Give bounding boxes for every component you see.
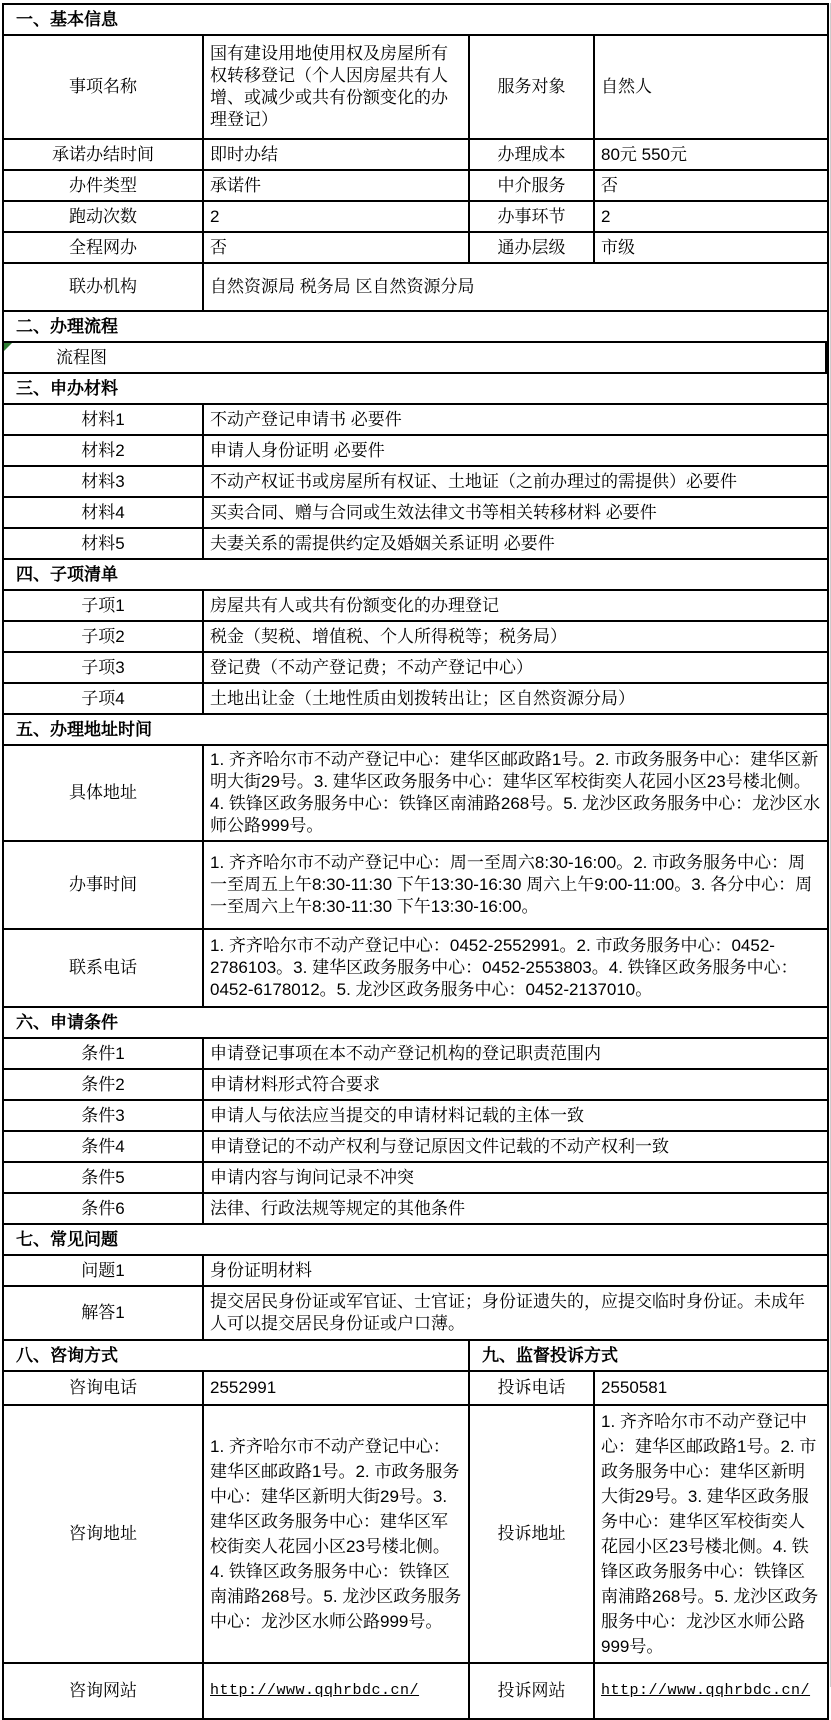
field-label: 条件3	[4, 1101, 204, 1130]
field-label: 投诉网站	[470, 1664, 595, 1718]
field-value: 不动产权证书或房屋所有权证、土地证（之前办理过的需提供）必要件	[204, 467, 827, 496]
field-label: 材料3	[4, 467, 204, 496]
section-header-row: 二、办理流程	[4, 312, 827, 343]
section-title: 一、基本信息	[4, 5, 827, 34]
field-value: 1. 齐齐哈尔市不动产登记中心：建华区邮政路1号。2. 市政务服务中心：建华区新…	[204, 746, 827, 840]
field-value: 身份证明材料	[204, 1256, 827, 1285]
table-row: 子项1房屋共有人或共有份额变化的办理登记	[4, 591, 827, 622]
table-row: 条件6法律、行政法规等规定的其他条件	[4, 1194, 827, 1225]
field-value: 自然人	[595, 36, 827, 138]
field-label: 咨询网站	[4, 1664, 204, 1718]
table-row: 流程图	[4, 343, 827, 374]
table-row: 材料4买卖合同、赠与合同或生效法律文书等相关转移材料 必要件	[4, 498, 827, 529]
field-value: 夫妻关系的需提供约定及婚姻关系证明 必要件	[204, 529, 827, 558]
section-title: 五、办理地址时间	[4, 715, 827, 744]
field-label: 办件类型	[4, 171, 204, 200]
field-value: 2	[204, 202, 470, 231]
section-header-row: 六、申请条件	[4, 1008, 827, 1039]
field-label: 条件1	[4, 1039, 204, 1068]
table-row: 具体地址1. 齐齐哈尔市不动产登记中心：建华区邮政路1号。2. 市政务服务中心：…	[4, 746, 827, 842]
field-value: http://www.qqhrbdc.cn/	[204, 1664, 470, 1718]
table-row: 条件3申请人与依法应当提交的申请材料记载的主体一致	[4, 1101, 827, 1132]
field-value: 买卖合同、赠与合同或生效法律文书等相关转移材料 必要件	[204, 498, 827, 527]
field-label: 办事时间	[4, 842, 204, 928]
flowchart-cell: 流程图	[4, 343, 827, 372]
table-row: 事项名称国有建设用地使用权及房屋所有权转移登记（个人因房屋共有人增、或减少或共有…	[4, 36, 827, 140]
table-row: 材料3不动产权证书或房屋所有权证、土地证（之前办理过的需提供）必要件	[4, 467, 827, 498]
field-value: 否	[204, 233, 470, 262]
field-value: 2550581	[595, 1372, 827, 1404]
field-value: 不动产登记申请书 必要件	[204, 405, 827, 434]
table-row: 解答1提交居民身份证或军官证、士官证；身份证遗失的，应提交临时身份证。未成年人可…	[4, 1287, 827, 1341]
field-label: 条件2	[4, 1070, 204, 1099]
field-label: 事项名称	[4, 36, 204, 138]
field-value: 1. 齐齐哈尔市不动产登记中心：0452-2552991。2. 市政务服务中心：…	[204, 930, 827, 1006]
table-row: 子项4土地出让金（土地性质由划拨转出让；区自然资源分局）	[4, 684, 827, 715]
section-title: 四、子项清单	[4, 560, 827, 589]
field-label: 材料2	[4, 436, 204, 465]
field-value: 税金（契税、增值税、个人所得税等；税务局）	[204, 622, 827, 651]
field-label: 通办层级	[470, 233, 595, 262]
field-label: 联办机构	[4, 264, 204, 310]
table-row: 全程网办否通办层级市级	[4, 233, 827, 264]
field-value: 承诺件	[204, 171, 470, 200]
field-value: 申请材料形式符合要求	[204, 1070, 827, 1099]
table-row: 条件4申请登记的不动产权利与登记原因文件记载的不动产权利一致	[4, 1132, 827, 1163]
field-label: 问题1	[4, 1256, 204, 1285]
field-label: 投诉地址	[470, 1406, 595, 1662]
field-value: 房屋共有人或共有份额变化的办理登记	[204, 591, 827, 620]
field-label: 材料5	[4, 529, 204, 558]
field-label: 条件6	[4, 1194, 204, 1223]
field-value: 2552991	[204, 1372, 470, 1404]
field-label: 服务对象	[470, 36, 595, 138]
table-row: 条件1申请登记事项在本不动产登记机构的登记职责范围内	[4, 1039, 827, 1070]
field-value: 80元 550元	[595, 140, 827, 169]
spreadsheet-page: { "colors": { "border": "#000000", "back…	[0, 3, 831, 1693]
field-label: 咨询地址	[4, 1406, 204, 1662]
table-row: 材料1不动产登记申请书 必要件	[4, 405, 827, 436]
table-row: 承诺办结时间即时办结办理成本80元 550元	[4, 140, 827, 171]
field-value: 1. 齐齐哈尔市不动产登记中心：建华区邮政路1号。2. 市政务服务中心：建华区新…	[204, 1406, 470, 1662]
field-label: 子项3	[4, 653, 204, 682]
field-value: http://www.qqhrbdc.cn/	[595, 1664, 827, 1718]
table-row: 联系电话1. 齐齐哈尔市不动产登记中心：0452-2552991。2. 市政务服…	[4, 930, 827, 1008]
field-label: 全程网办	[4, 233, 204, 262]
section-header-row: 三、申办材料	[4, 374, 827, 405]
field-label: 条件5	[4, 1163, 204, 1192]
field-label: 解答1	[4, 1287, 204, 1339]
table-row: 材料2申请人身份证明 必要件	[4, 436, 827, 467]
consult-website-link[interactable]: http://www.qqhrbdc.cn/	[210, 1680, 419, 1702]
field-value: 提交居民身份证或军官证、士官证；身份证遗失的，应提交临时身份证。未成年人可以提交…	[204, 1287, 827, 1339]
field-label: 承诺办结时间	[4, 140, 204, 169]
section-header-row: 七、常见问题	[4, 1225, 827, 1256]
field-label: 办理成本	[470, 140, 595, 169]
field-value: 法律、行政法规等规定的其他条件	[204, 1194, 827, 1223]
table-row: 问题1身份证明材料	[4, 1256, 827, 1287]
field-label: 咨询电话	[4, 1372, 204, 1404]
complaint-website-link[interactable]: http://www.qqhrbdc.cn/	[601, 1680, 810, 1702]
field-value: 1. 齐齐哈尔市不动产登记中心：建华区邮政路1号。2. 市政务服务中心：建华区新…	[595, 1406, 827, 1662]
field-value: 申请人身份证明 必要件	[204, 436, 827, 465]
section-header-row: 五、办理地址时间	[4, 715, 827, 746]
field-value: 申请内容与询问记录不冲突	[204, 1163, 827, 1192]
field-label: 联系电话	[4, 930, 204, 1006]
field-value: 登记费（不动产登记费；不动产登记中心）	[204, 653, 827, 682]
field-label: 投诉电话	[470, 1372, 595, 1404]
table-row: 条件2申请材料形式符合要求	[4, 1070, 827, 1101]
table-row: 跑动次数2办事环节2	[4, 202, 827, 233]
field-label: 跑动次数	[4, 202, 204, 231]
section-title: 七、常见问题	[4, 1225, 827, 1254]
table-row: 八、咨询方式九、监督投诉方式	[4, 1341, 827, 1372]
table-row: 咨询电话2552991投诉电话2550581	[4, 1372, 827, 1406]
table-row: 子项3登记费（不动产登记费；不动产登记中心）	[4, 653, 827, 684]
table-row: 条件5申请内容与询问记录不冲突	[4, 1163, 827, 1194]
table-row: 咨询地址1. 齐齐哈尔市不动产登记中心：建华区邮政路1号。2. 市政务服务中心：…	[4, 1406, 827, 1664]
section-title: 三、申办材料	[4, 374, 827, 403]
field-value: 国有建设用地使用权及房屋所有权转移登记（个人因房屋共有人增、或减少或共有份额变化…	[204, 36, 470, 138]
field-value: 申请人与依法应当提交的申请材料记载的主体一致	[204, 1101, 827, 1130]
table-row: 联办机构自然资源局 税务局 区自然资源分局	[4, 264, 827, 312]
field-value: 1. 齐齐哈尔市不动产登记中心：周一至周六8:30-16:00。2. 市政务服务…	[204, 842, 827, 928]
field-value: 否	[595, 171, 827, 200]
comment-marker-icon	[4, 343, 12, 351]
field-label: 子项4	[4, 684, 204, 713]
field-label: 子项1	[4, 591, 204, 620]
section-title: 六、申请条件	[4, 1008, 827, 1037]
field-label: 中介服务	[470, 171, 595, 200]
field-label: 材料4	[4, 498, 204, 527]
field-value: 即时办结	[204, 140, 470, 169]
field-value: 土地出让金（土地性质由划拨转出让；区自然资源分局）	[204, 684, 827, 713]
field-value: 2	[595, 202, 827, 231]
service-info-table: 一、基本信息事项名称国有建设用地使用权及房屋所有权转移登记（个人因房屋共有人增、…	[2, 3, 829, 1720]
field-value: 市级	[595, 233, 827, 262]
section-title: 九、监督投诉方式	[470, 1341, 827, 1370]
section-title: 二、办理流程	[4, 312, 827, 341]
field-value: 申请登记的不动产权利与登记原因文件记载的不动产权利一致	[204, 1132, 827, 1161]
field-label: 子项2	[4, 622, 204, 651]
table-row: 办事时间1. 齐齐哈尔市不动产登记中心：周一至周六8:30-16:00。2. 市…	[4, 842, 827, 930]
table-row: 子项2税金（契税、增值税、个人所得税等；税务局）	[4, 622, 827, 653]
table-row: 材料5夫妻关系的需提供约定及婚姻关系证明 必要件	[4, 529, 827, 560]
field-value: 申请登记事项在本不动产登记机构的登记职责范围内	[204, 1039, 827, 1068]
section-header-row: 一、基本信息	[4, 5, 827, 36]
field-label: 办事环节	[470, 202, 595, 231]
table-row: 办件类型承诺件中介服务否	[4, 171, 827, 202]
table-row: 咨询网站http://www.qqhrbdc.cn/投诉网站http://www…	[4, 1664, 827, 1718]
section-header-row: 四、子项清单	[4, 560, 827, 591]
field-label: 条件4	[4, 1132, 204, 1161]
section-title: 八、咨询方式	[4, 1341, 470, 1370]
field-value: 自然资源局 税务局 区自然资源分局	[204, 264, 827, 310]
field-label: 材料1	[4, 405, 204, 434]
field-label: 具体地址	[4, 746, 204, 840]
